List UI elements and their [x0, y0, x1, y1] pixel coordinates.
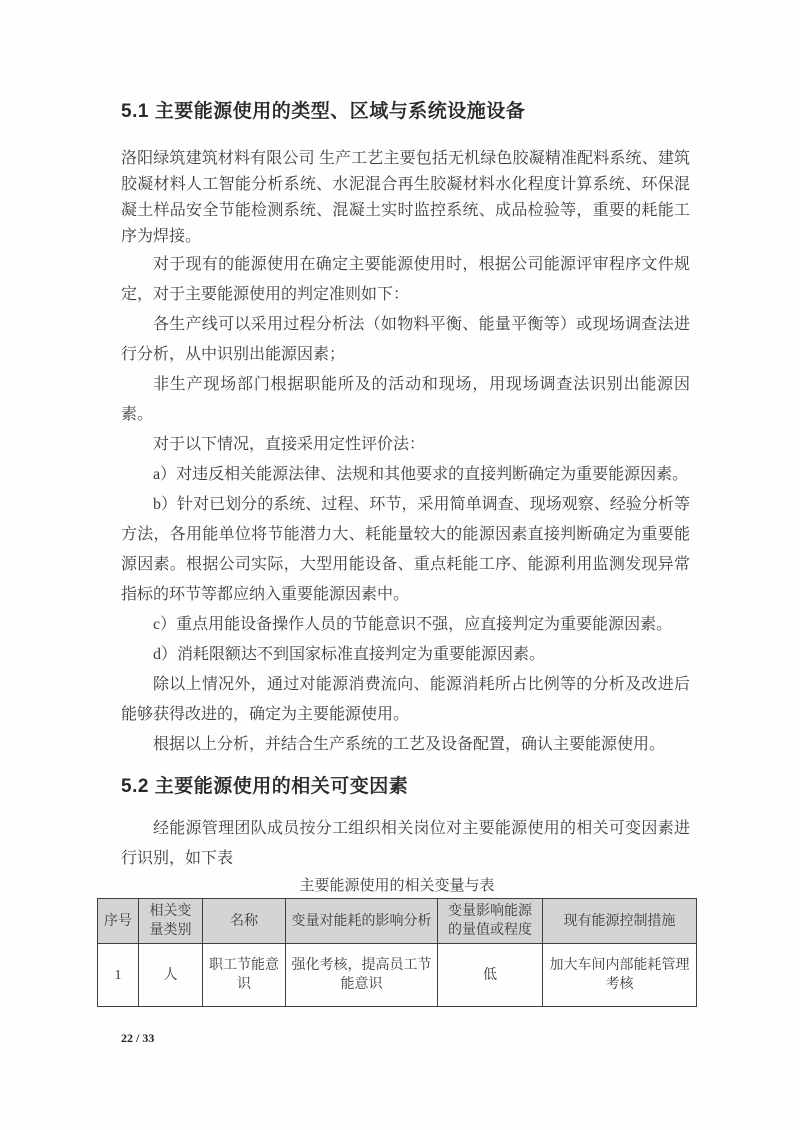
- paragraph-other-cases: 除以上情况外，通过对能源消费流向、能源消耗所占比例等的分析及改进后能够获得改进的…: [121, 670, 690, 730]
- paragraph-item-c: c）重点用能设备操作人员的节能意识不强，应直接判定为重要能源因素。: [121, 610, 690, 640]
- document-body: 5.1 主要能源使用的类型、区域与系统设施设备 洛阳绿筑建筑材料有限公司 生产工…: [121, 0, 690, 1007]
- energy-variables-table: 序号 相关变量类别 名称 变量对能耗的影响分析 变量影响能源的量值或程度 现有能…: [97, 898, 697, 1007]
- header-cell-analysis: 变量对能耗的影响分析: [286, 899, 438, 944]
- paragraph-item-a: a）对违反相关能源法律、法规和其他要求的直接判断确定为重要能源因素。: [121, 460, 690, 490]
- paragraph-non-production: 非生产现场部门根据职能所及的活动和现场，用现场调查法识别出能源因素。: [121, 370, 690, 430]
- paragraph-qualitative: 对于以下情况，直接采用定性评价法：: [121, 430, 690, 460]
- cell-degree: 低: [438, 944, 543, 1007]
- paragraph-process-analysis: 各生产线可以采用过程分析法（如物料平衡、能量平衡等）或现场调查法进行分析，从中识…: [121, 310, 690, 370]
- paragraph-item-d: d）消耗限额达不到国家标准直接判定为重要能源因素。: [121, 640, 690, 670]
- header-cell-degree: 变量影响能源的量值或程度: [438, 899, 543, 944]
- table-row: 1 人 职工节能意识 强化考核，提高员工节能意识 低 加大车间内部能耗管理考核: [98, 944, 697, 1007]
- cell-name: 职工节能意识: [203, 944, 286, 1007]
- table-header-row: 序号 相关变量类别 名称 变量对能耗的影响分析 变量影响能源的量值或程度 现有能…: [98, 899, 697, 944]
- cell-analysis: 强化考核，提高员工节能意识: [286, 944, 438, 1007]
- cell-category: 人: [139, 944, 203, 1007]
- header-cell-seq: 序号: [98, 899, 139, 944]
- table-caption: 主要能源使用的相关变量与表: [97, 874, 697, 898]
- page-number: 22 / 33: [121, 1031, 154, 1046]
- document-page: 5.1 主要能源使用的类型、区域与系统设施设备 洛阳绿筑建筑材料有限公司 生产工…: [0, 0, 800, 1130]
- paragraph-criteria: 对于现有的能源使用在确定主要能源使用时，根据公司能源评审程序文件规定，对于主要能…: [121, 250, 690, 310]
- header-cell-name: 名称: [203, 899, 286, 944]
- section-heading-5-1: 5.1 主要能源使用的类型、区域与系统设施设备: [121, 0, 690, 123]
- header-cell-category: 相关变量类别: [139, 899, 203, 944]
- paragraph-variables-intro: 经能源管理团队成员按分工组织相关岗位对主要能源使用的相关可变因素进行识别，如下表: [121, 814, 690, 874]
- paragraph-item-b: b）针对已划分的系统、过程、环节，采用简单调查、现场观察、经验分析等方法，各用能…: [121, 490, 690, 610]
- section-heading-5-2: 5.2 主要能源使用的相关可变因素: [121, 760, 690, 798]
- paragraph-intro: 洛阳绿筑建筑材料有限公司 生产工艺主要包括无机绿色胶凝精准配料系统、建筑胶凝材料…: [121, 146, 690, 250]
- cell-seq: 1: [98, 944, 139, 1007]
- header-cell-control: 现有能源控制措施: [543, 899, 697, 944]
- cell-control: 加大车间内部能耗管理考核: [543, 944, 697, 1007]
- paragraph-conclusion: 根据以上分析，并结合生产系统的工艺及设备配置，确认主要能源使用。: [121, 730, 690, 760]
- energy-variables-table-wrapper: 序号 相关变量类别 名称 变量对能耗的影响分析 变量影响能源的量值或程度 现有能…: [97, 898, 697, 1007]
